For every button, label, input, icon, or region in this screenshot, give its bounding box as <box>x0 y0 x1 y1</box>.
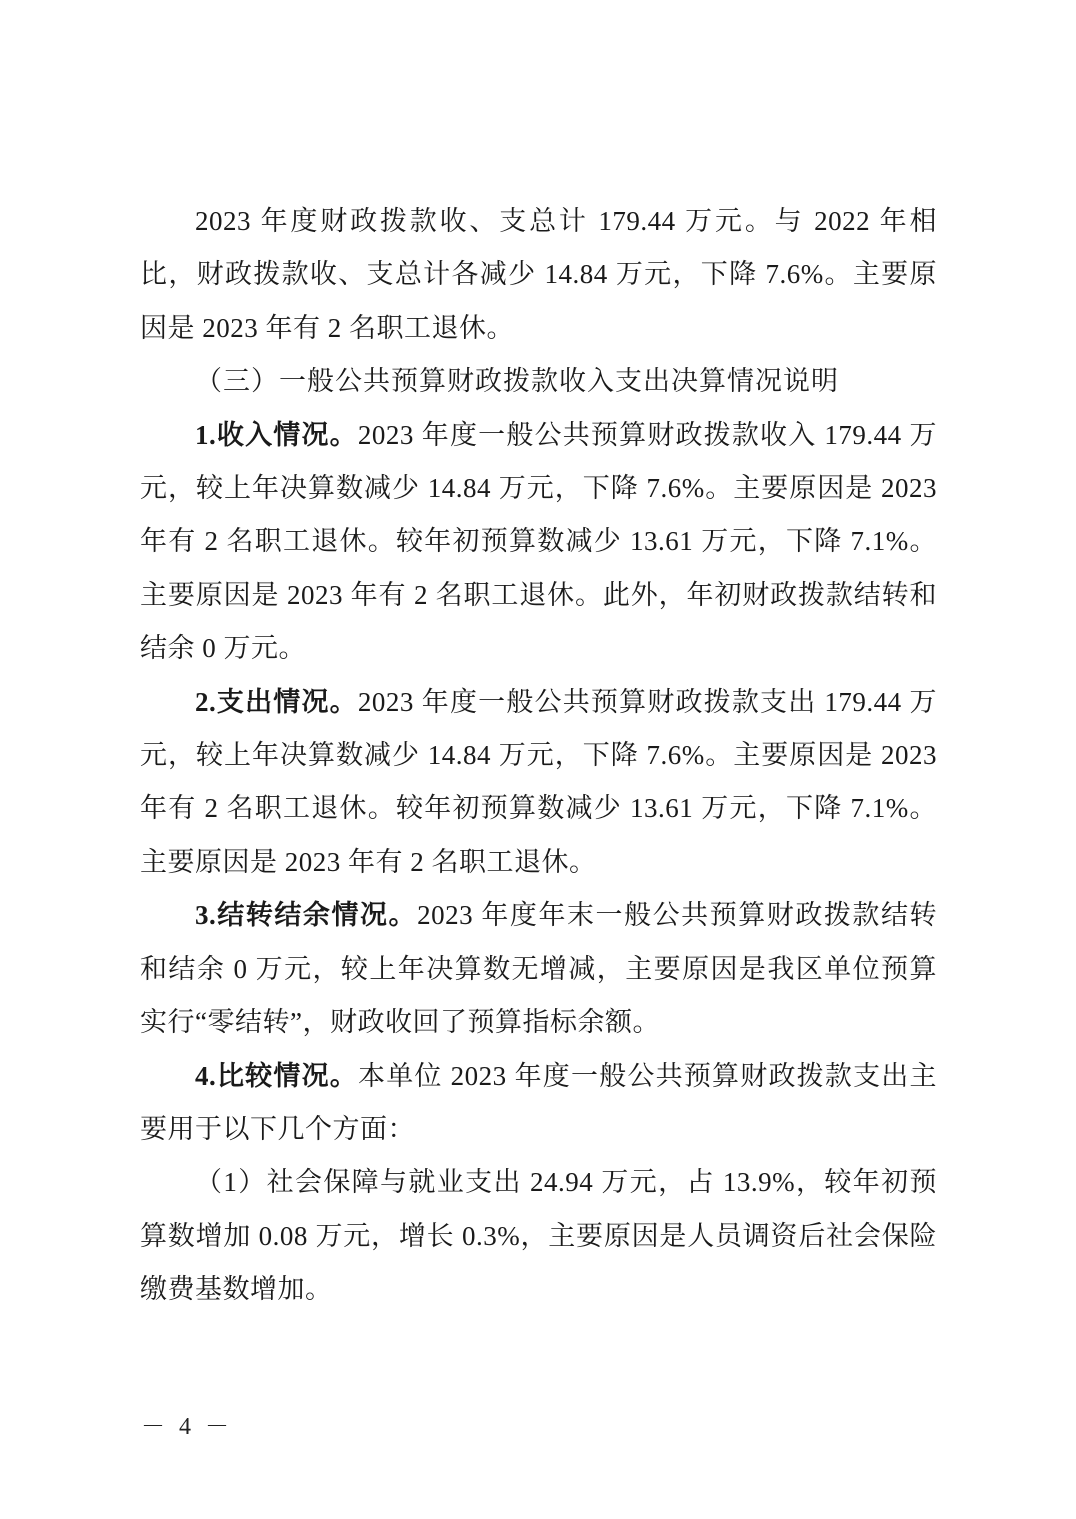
paragraph-lead: 3.结转结余情况。 <box>195 900 417 930</box>
paragraph-lead: 1.收入情况。 <box>195 420 358 450</box>
paragraph-carryover: 3.结转结余情况。2023 年度年末一般公共预算财政拨款结转和结余 0 万元，较… <box>140 889 937 1049</box>
paragraph-text: （1）社会保障与就业支出 24.94 万元，占 13.9%，较年初预算数增加 0… <box>140 1167 937 1304</box>
paragraph-comparison: 4.比较情况。本单位 2023 年度一般公共预算财政拨款支出主要用于以下几个方面… <box>140 1050 937 1157</box>
page-number: － 4 － <box>141 1406 233 1441</box>
document-page: 2023 年度财政拨款收、支总计 179.44 万元。与 2022 年相比，财政… <box>140 195 937 1317</box>
paragraph-social-security: （1）社会保障与就业支出 24.94 万元，占 13.9%，较年初预算数增加 0… <box>140 1156 937 1316</box>
section-heading: （三）一般公共预算财政拨款收入支出决算情况说明 <box>140 355 937 408</box>
paragraph-text: 2023 年度一般公共预算财政拨款收入 179.44 万元，较上年决算数减少 1… <box>140 420 937 664</box>
paragraph-lead: 2.支出情况。 <box>195 687 358 717</box>
paragraph-lead: 4.比较情况。 <box>195 1061 358 1091</box>
section-heading-text: （三）一般公共预算财政拨款收入支出决算情况说明 <box>195 366 839 396</box>
paragraph-income: 1.收入情况。2023 年度一般公共预算财政拨款收入 179.44 万元，较上年… <box>140 409 937 676</box>
paragraph-total-funding: 2023 年度财政拨款收、支总计 179.44 万元。与 2022 年相比，财政… <box>140 195 937 355</box>
paragraph-expenditure: 2.支出情况。2023 年度一般公共预算财政拨款支出 179.44 万元，较上年… <box>140 676 937 890</box>
paragraph-text: 2023 年度财政拨款收、支总计 179.44 万元。与 2022 年相比，财政… <box>140 206 937 343</box>
